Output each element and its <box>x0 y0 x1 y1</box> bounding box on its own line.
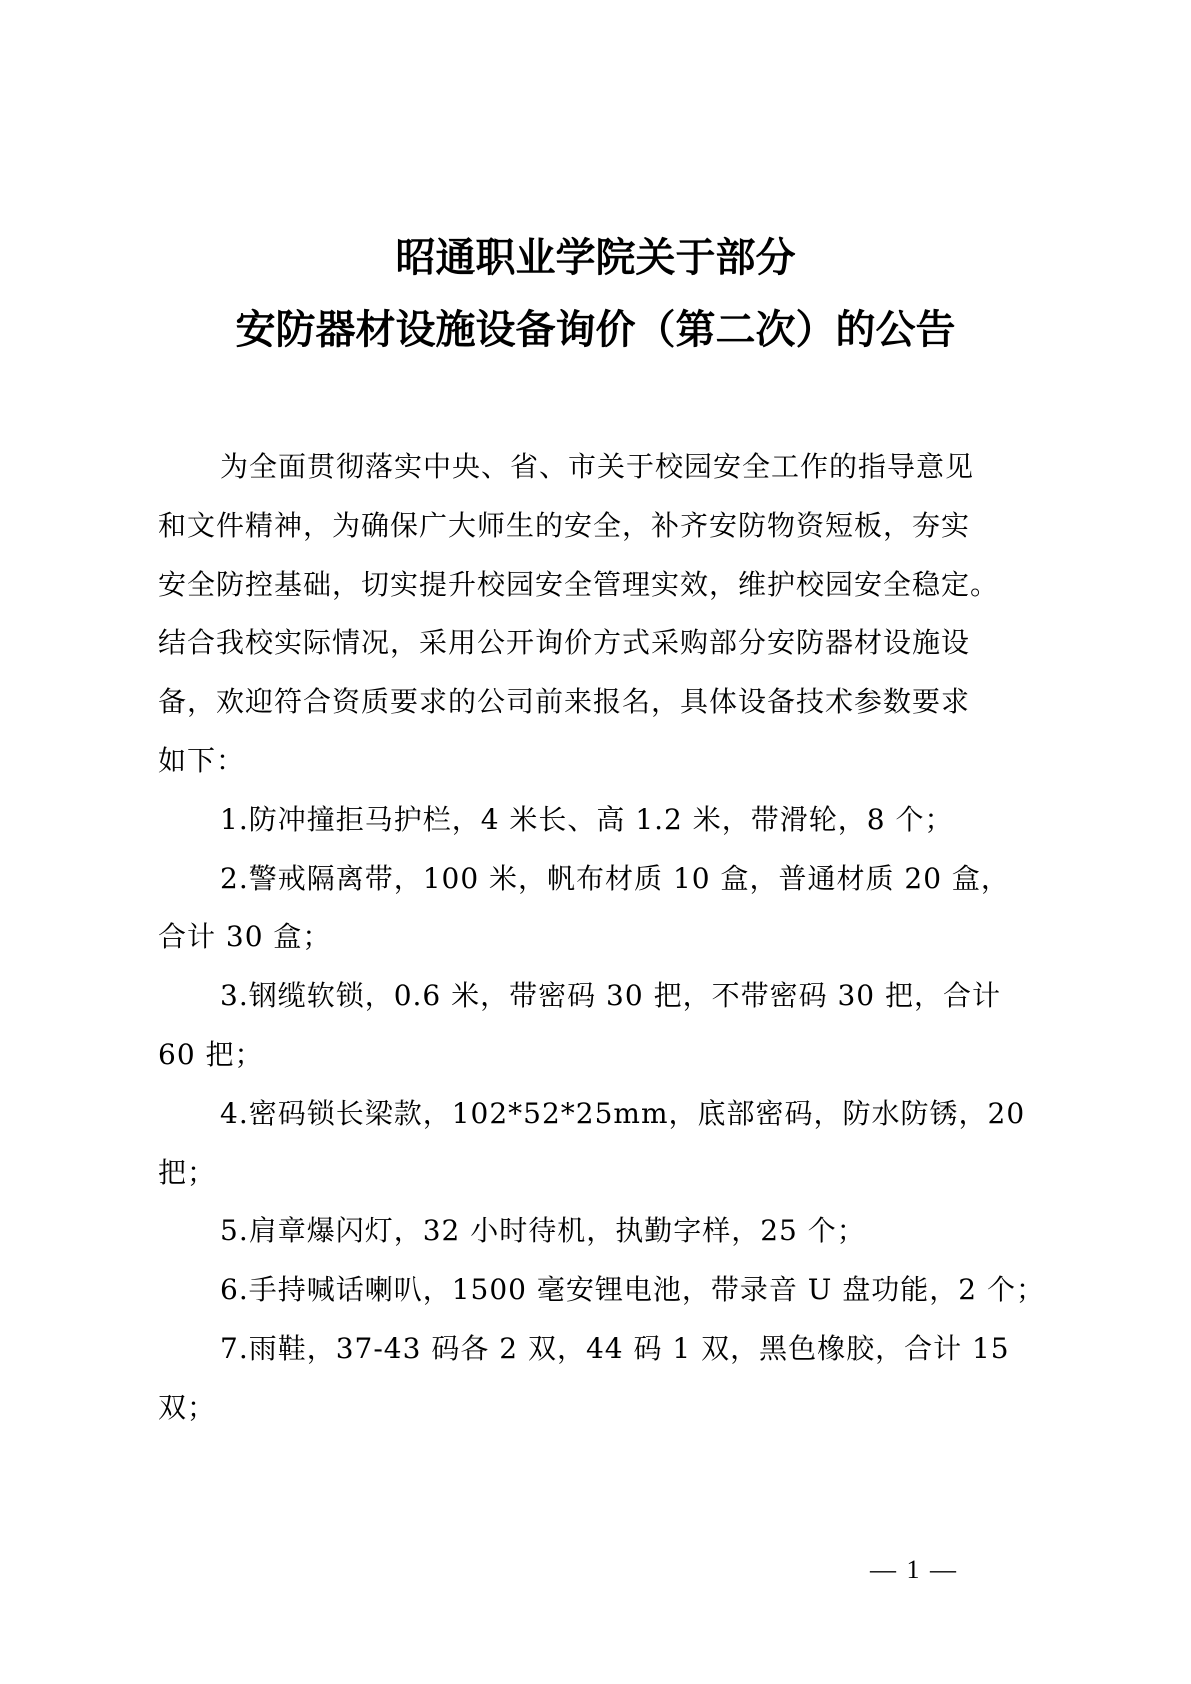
text-line: 安全防控基础，切实提升校园安全管理实效，维护校园安全稳定。 <box>158 556 1038 615</box>
text-line: 7.雨鞋，37-43 码各 2 双，44 码 1 双，黑色橡胶，合计 15 <box>158 1320 1038 1379</box>
text-line: 1.防冲撞拒马护栏，4 米长、高 1.2 米，带滑轮，8 个； <box>158 791 1038 850</box>
text-line: 如下： <box>158 732 1038 791</box>
intro-paragraph: 为全面贯彻落实中央、省、市关于校园安全工作的指导意见 和文件精神，为确保广大师生… <box>158 438 1038 791</box>
title-line-2: 安防器材设施设备询价（第二次）的公告 <box>0 294 1191 366</box>
text-line: 3.钢缆软锁，0.6 米，带密码 30 把，不带密码 30 把，合计 <box>158 967 1038 1026</box>
text-line: 2.警戒隔离带，100 米，帆布材质 10 盒，普通材质 20 盒， <box>158 850 1038 909</box>
text-line: 双； <box>158 1379 1038 1438</box>
text-line: 结合我校实际情况，采用公开询价方式采购部分安防器材设施设 <box>158 614 1038 673</box>
text-line: 60 把； <box>158 1026 1038 1085</box>
page-number: — 1 — <box>870 1555 958 1585</box>
document-body: 为全面贯彻落实中央、省、市关于校园安全工作的指导意见 和文件精神，为确保广大师生… <box>158 438 1038 1438</box>
list-item-7: 7.雨鞋，37-43 码各 2 双，44 码 1 双，黑色橡胶，合计 15 双； <box>158 1320 1038 1438</box>
list-item-1: 1.防冲撞拒马护栏，4 米长、高 1.2 米，带滑轮，8 个； <box>158 791 1038 850</box>
text-line: 和文件精神，为确保广大师生的安全，补齐安防物资短板，夯实 <box>158 497 1038 556</box>
list-item-3: 3.钢缆软锁，0.6 米，带密码 30 把，不带密码 30 把，合计 60 把； <box>158 967 1038 1085</box>
document-page: 昭通职业学院关于部分 安防器材设施设备询价（第二次）的公告 为全面贯彻落实中央、… <box>0 0 1191 1684</box>
list-item-4: 4.密码锁长梁款，102*52*25mm，底部密码，防水防锈，20 把； <box>158 1085 1038 1203</box>
text-line: 5.肩章爆闪灯，32 小时待机，执勤字样，25 个； <box>158 1202 1038 1261</box>
text-line: 4.密码锁长梁款，102*52*25mm，底部密码，防水防锈，20 <box>158 1085 1038 1144</box>
text-line: 合计 30 盒； <box>158 908 1038 967</box>
document-title: 昭通职业学院关于部分 安防器材设施设备询价（第二次）的公告 <box>0 222 1191 366</box>
list-item-2: 2.警戒隔离带，100 米，帆布材质 10 盒，普通材质 20 盒， 合计 30… <box>158 850 1038 968</box>
item-list: 1.防冲撞拒马护栏，4 米长、高 1.2 米，带滑轮，8 个； 2.警戒隔离带，… <box>158 791 1038 1438</box>
title-line-1: 昭通职业学院关于部分 <box>0 222 1191 294</box>
list-item-5: 5.肩章爆闪灯，32 小时待机，执勤字样，25 个； <box>158 1202 1038 1261</box>
text-line: 6.手持喊话喇叭，1500 毫安锂电池，带录音 U 盘功能，2 个； <box>158 1261 1038 1320</box>
text-line: 为全面贯彻落实中央、省、市关于校园安全工作的指导意见 <box>158 438 1038 497</box>
text-line: 备，欢迎符合资质要求的公司前来报名，具体设备技术参数要求 <box>158 673 1038 732</box>
list-item-6: 6.手持喊话喇叭，1500 毫安锂电池，带录音 U 盘功能，2 个； <box>158 1261 1038 1320</box>
text-line: 把； <box>158 1144 1038 1203</box>
